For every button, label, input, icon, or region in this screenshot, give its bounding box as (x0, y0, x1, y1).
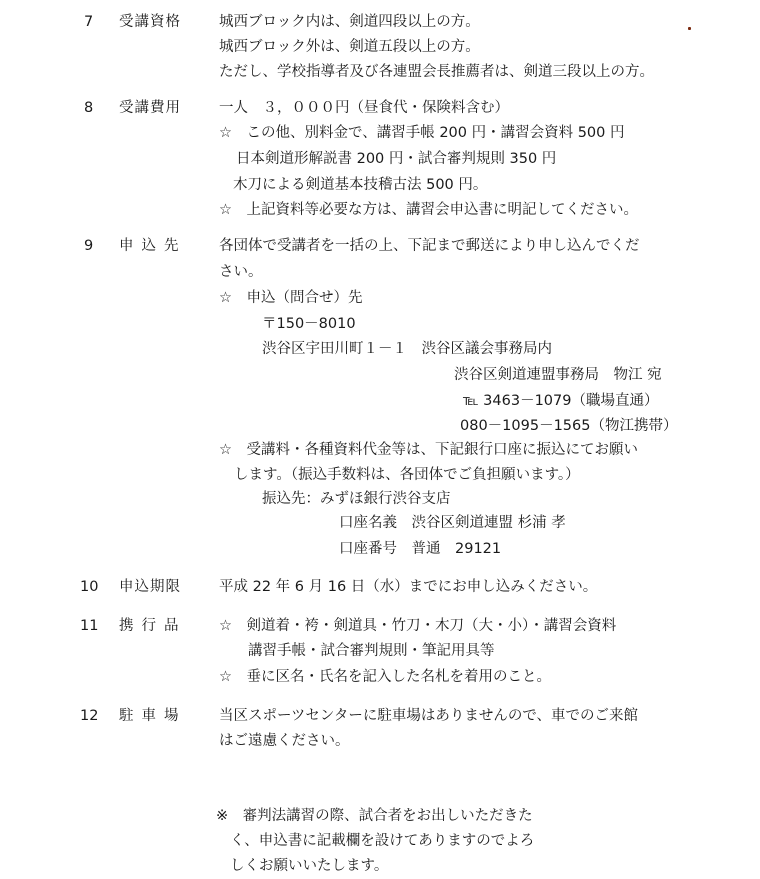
section-line: はご遠慮ください。 (219, 732, 350, 750)
note-line: ※ 審判法講習の際、試合者をお出しいただきた (216, 807, 533, 825)
section-line: 講習手帳・試合審判規則・筆記用具等 (248, 642, 495, 660)
section-line: 各団体で受講者を一括の上、下記まで郵送により申し込んでくだ (219, 237, 640, 255)
section-line: 平成 22 年 6 月 16 日（水）までにお申し込みください。 (219, 578, 597, 596)
section-number: 8 (84, 99, 93, 117)
section-number: 11 (80, 617, 98, 635)
postal-code: 〒150－8010 (262, 315, 356, 333)
section-line: 城西ブロック内は、剣道四段以上の方。 (219, 13, 480, 31)
section-line: さい。 (219, 263, 263, 281)
section-line: 一人 ３，０００円（昼食代・保険料含む） (219, 99, 509, 117)
section-line: 城西ブロック外は、剣道五段以上の方。 (219, 38, 480, 56)
section-label: 受講資格 (119, 13, 181, 31)
address: 渋谷区宇田川町１－１ 渋谷区議会事務局内 (262, 340, 552, 358)
section-line: ☆ 申込（問合せ）先 (219, 289, 363, 307)
section-label: 受講費用 (119, 99, 181, 117)
section-line: 当区スポーツセンターに駐車場はありませんので、車でのご来館 (219, 707, 638, 725)
bank-branch: 振込先：みずほ銀行渋谷支店 (262, 490, 451, 508)
section-line: ☆ 垂に区名・氏名を記入した名札を着用のこと。 (219, 668, 551, 686)
section-number: 7 (84, 13, 93, 31)
section-line: 木刀による剣道基本技稽古法 500 円。 (233, 176, 487, 194)
section-line: ☆ 剣道着・袴・剣道具・竹刀・木刀（大・小）・講習会資料 (219, 617, 616, 635)
scan-speck (688, 27, 691, 30)
account-name: 口座名義 渋谷区剣道連盟 杉浦 孝 (339, 514, 566, 532)
phone-office: ℡ 3463－1079（職場直通） (463, 392, 659, 410)
account-number: 口座番号 普通 29121 (339, 540, 501, 558)
section-line: ただし、学校指導者及び各連盟会長推薦者は、剣道三段以上の方。 (219, 63, 654, 81)
section-line: 日本剣道形解説書 200 円・試合審判規則 350 円 (236, 150, 556, 168)
note-line: しくお願いいたします。 (230, 857, 388, 875)
recipient: 渋谷区剣道連盟事務局 物江 宛 (454, 366, 662, 384)
section-line: ☆ この他、別料金で、講習手帳 200 円・講習会資料 500 円 (219, 124, 625, 142)
section-line: ☆ 受講料・各種資料代金等は、下記銀行口座に振込にてお願い (219, 441, 638, 459)
section-line: ☆ 上記資料等必要な方は、講習会申込書に明記してください。 (219, 201, 638, 219)
section-label: 申込期限 (119, 578, 181, 596)
note-line: く、申込書に記載欄を設けてありますのでよろ (230, 832, 534, 850)
section-line: します。（振込手数料は、各団体でご負担願います。） (234, 466, 580, 484)
section-label: 申込先 (119, 237, 187, 255)
section-number: 10 (80, 578, 98, 596)
section-label: 携行品 (119, 617, 187, 635)
phone-mobile: 080－1095－1565（物江携帯） (460, 417, 677, 435)
section-number: 12 (80, 707, 98, 725)
section-label: 駐車場 (119, 707, 187, 725)
section-number: 9 (84, 237, 93, 255)
